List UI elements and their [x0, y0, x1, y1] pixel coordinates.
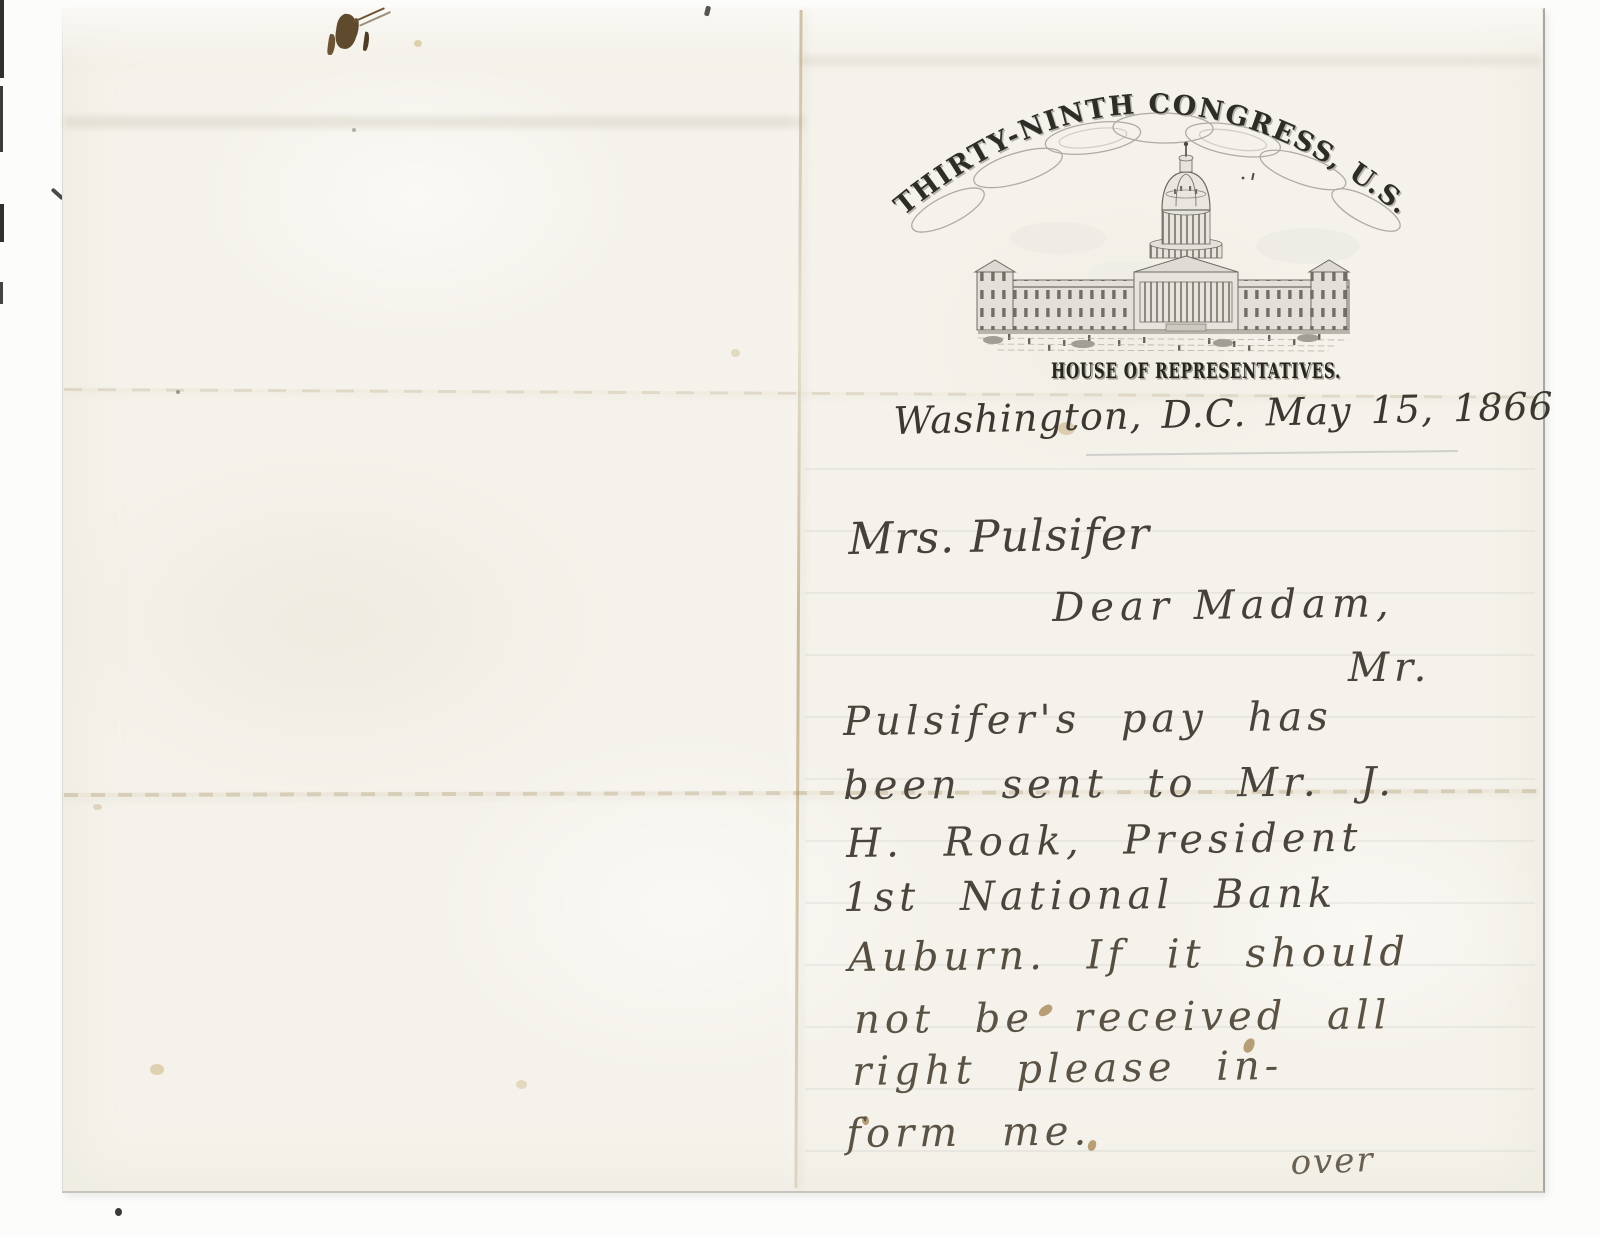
- page-note-over: over: [1290, 1143, 1375, 1180]
- arc-title: THIRTY-NINTH CONGRESS, U.S.: [888, 89, 1415, 222]
- body-line: right please in-: [852, 1046, 1284, 1092]
- dateline-date: May 15, 1866: [1265, 384, 1554, 435]
- letterhead: THIRTY-NINTH CONGRESS, U.S. THIRTY-NINTH…: [878, 88, 1426, 388]
- svg-text:THIRTY-NINTH CONGRESS, U.S.: THIRTY-NINTH CONGRESS, U.S.: [888, 89, 1415, 222]
- body-line: Auburn. If it should: [848, 932, 1410, 978]
- foxing-spot: [93, 804, 102, 810]
- scanner-speck: [115, 1208, 122, 1216]
- foxing-spot: [176, 390, 180, 394]
- cloud-flourish: [906, 112, 1406, 241]
- body-line: 1st National Bank: [843, 874, 1337, 918]
- salutation-line: Dear Madam,: [1052, 583, 1395, 628]
- body-line: form me.: [846, 1111, 1091, 1154]
- dateline-place: Washington, D.C.: [893, 391, 1247, 443]
- foxing-spot: [731, 349, 740, 357]
- recipient-line: Mrs. Pulsifer: [848, 513, 1150, 562]
- foxing-spot: [352, 128, 356, 132]
- scanner-edge-artifact: [0, 86, 3, 152]
- body-line: Pulsifer's pay has: [843, 697, 1333, 742]
- body-line: been sent to Mr. J.: [843, 762, 1396, 806]
- scanner-edge-artifact: [0, 204, 4, 242]
- foxing-spot: [150, 1064, 164, 1075]
- scanned-letter-page: THIRTY-NINTH CONGRESS, U.S. THIRTY-NINTH…: [0, 0, 1600, 1236]
- scanner-edge-artifact: [0, 282, 3, 304]
- foxing-spot: [516, 1080, 527, 1089]
- foxing-spot: [414, 40, 422, 47]
- body-line: Mr.: [1348, 648, 1431, 688]
- us-capitol-engraving-icon: [975, 142, 1360, 351]
- letterhead-subtitle: HOUSE OF REPRESENTATIVES.: [1051, 358, 1341, 383]
- scanner-edge-artifact: [0, 0, 4, 78]
- body-line: not be received all: [854, 995, 1392, 1040]
- body-line: H. Roak, President: [846, 818, 1363, 864]
